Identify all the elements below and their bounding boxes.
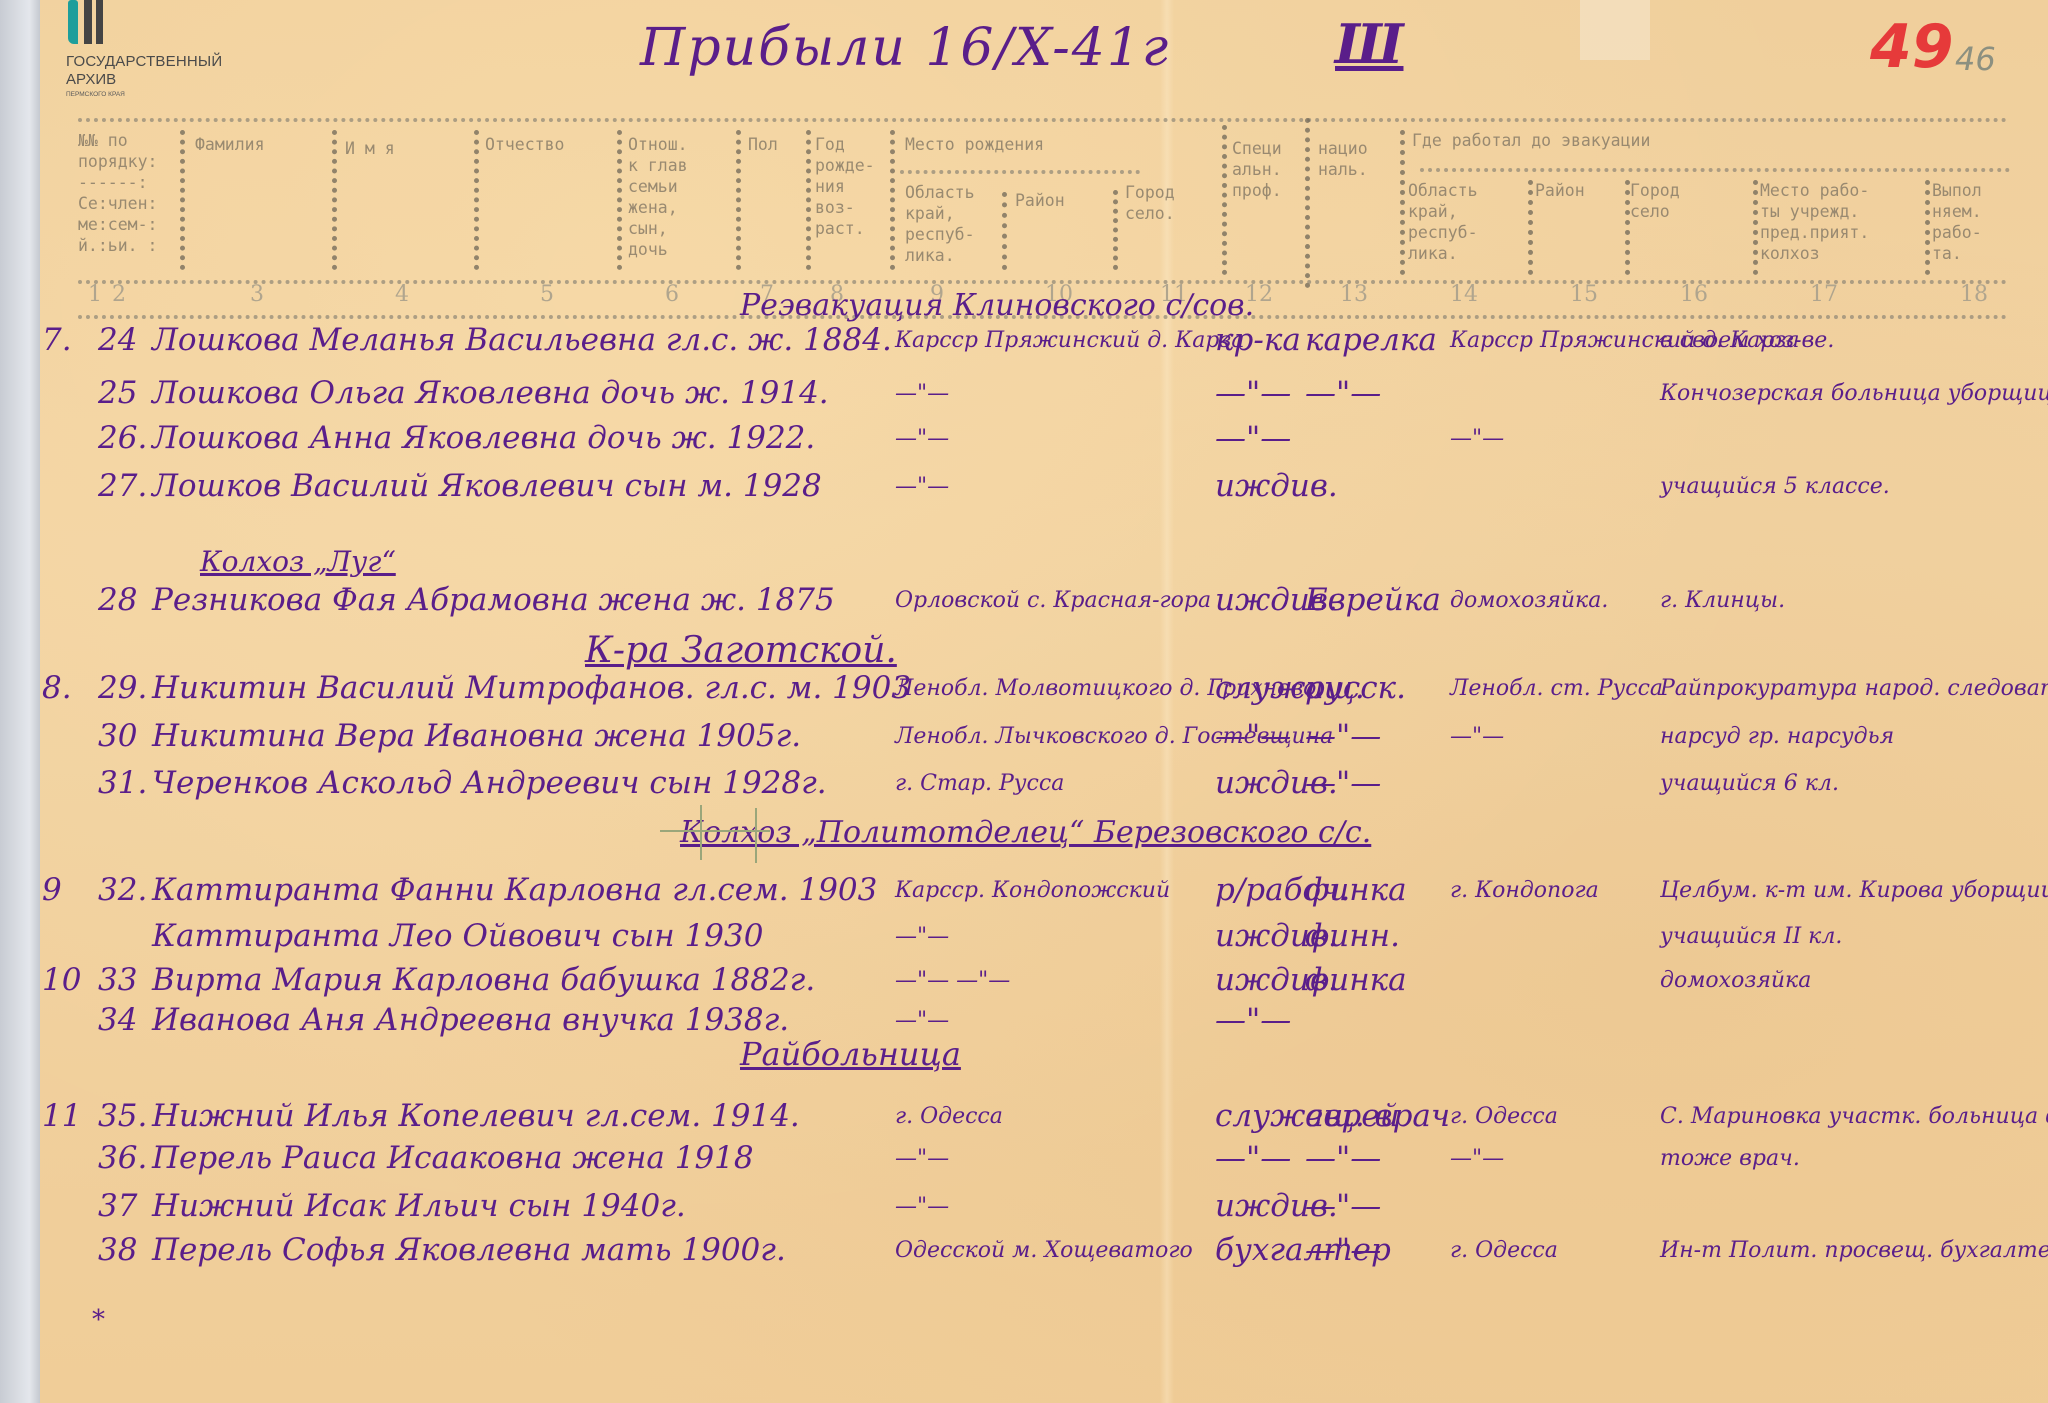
entry-person: Перель Софья Яковлевна мать 1900г. (152, 1232, 786, 1268)
col-header-3: Фамилия (195, 134, 265, 155)
birthplace: Орловской с. Красная-гора (895, 588, 1211, 613)
work-region: —"— (1450, 724, 1504, 749)
archive-name-line2: АРХИВ (66, 71, 116, 88)
col-separator (1625, 180, 1630, 275)
section-title: Колхоз „Луг“ (200, 545, 396, 578)
workplace: нарсуд гр. нарсудья (1660, 724, 1894, 749)
nationality: Еврейка (1305, 582, 1441, 618)
birthplace: Одесской м. Хощеватого (895, 1238, 1193, 1263)
nationality: финка (1305, 962, 1407, 998)
footer-mark: * (92, 1305, 105, 1335)
entry-number: 34 (98, 1002, 137, 1038)
column-number: 5 (540, 282, 554, 307)
entry-person: Каттиранта Фанни Карловна гл.сем. 1903 (152, 872, 877, 908)
work-region: г. Одесса (1450, 1238, 1558, 1263)
workplace: учащийся II кл. (1660, 924, 1842, 949)
column-number: 15 (1570, 282, 1598, 307)
column-number: 18 (1960, 282, 1988, 307)
family-number: 11 (42, 1098, 81, 1134)
col-separator (1305, 118, 1310, 288)
nationality: —"— (1305, 375, 1381, 411)
profession: кр-ка (1215, 322, 1301, 358)
work-region: —"— (1450, 1146, 1504, 1171)
entry-person: Каттиранта Лео Ойвович сын 1930 (152, 918, 763, 954)
profession: —"— (1215, 375, 1291, 411)
entry-person: Иванова Аня Андреевна внучка 1938г. (152, 1002, 789, 1038)
column-number: 3 (250, 282, 264, 307)
workplace: домохозяйка (1660, 968, 1811, 993)
col-separator (806, 130, 811, 270)
entry-person: Перель Раиса Исааковна жена 1918 (152, 1140, 754, 1176)
page-number-red: 49 (1870, 12, 1954, 82)
birthplace: г. Одесса (895, 1104, 1003, 1129)
archive-logo-icon (56, 0, 116, 46)
nationality: карелка (1305, 322, 1437, 358)
document-title: Прибыли 16/X-41г (640, 18, 1170, 78)
col-separator (1400, 130, 1405, 275)
profession: —"— (1215, 1140, 1291, 1176)
birthplace: —"— (895, 1008, 949, 1033)
workplace: С. Мариновка участк. больница врач. (1660, 1104, 2048, 1129)
scan-border (0, 0, 42, 1403)
birthplace: —"— (895, 1194, 949, 1219)
workplace: Целбум. к-т им. Кирова уборщица (1660, 878, 2048, 903)
entry-number: 24 (98, 322, 137, 358)
entry-number: 32. (98, 872, 147, 908)
pencil-strike (700, 805, 702, 860)
col-separator (736, 130, 741, 270)
pencil-strike (660, 830, 770, 832)
nationality: —"— (1305, 765, 1381, 801)
entry-number: 37 (98, 1188, 137, 1224)
entry-person: Лошкова Анна Яковлевна дочь ж. 1922. (152, 420, 815, 456)
col-header-14-group: Где работал до эвакуации (1412, 130, 1650, 151)
section-title: Реэвакуация Клиновского с/сов. (740, 288, 1254, 323)
entry-person: Резникова Фая Абрамовна жена ж. 1875 (152, 582, 835, 618)
col-header-11: Город село. (1125, 182, 1175, 224)
section-title: Колхоз „Политотделец“ Березовского с/с. (680, 815, 1371, 850)
entry-number: 33 (98, 962, 137, 998)
work-region: г. Одесса (1450, 1104, 1558, 1129)
birthplace: —"— (895, 924, 949, 949)
family-number: 7. (42, 322, 72, 358)
work-region: Ленобл. ст. Русса (1450, 676, 1663, 701)
work-region: домохозяйка. (1450, 588, 1608, 613)
col-separator (1113, 190, 1118, 270)
entry-person: Вирта Мария Карловна бабушка 1882г. (152, 962, 815, 998)
profession: —"— (1215, 718, 1291, 754)
column-number: 14 (1450, 282, 1478, 307)
entry-person: Черенков Аскольд Андреевич сын 1928г. (152, 765, 827, 801)
profession: иждив. (1215, 468, 1338, 504)
col-separator (1753, 180, 1758, 275)
tape-mark (1580, 0, 1650, 60)
archive-logo: ГОСУДАРСТВЕННЫЙ АРХИВ ПЕРМСКОГО КРАЯ (52, 0, 252, 110)
entry-number: 38 (98, 1232, 137, 1268)
entry-person: Лошков Василий Яковлевич сын м. 1928 (152, 468, 822, 504)
entry-person: Нижний Илья Копелевич гл.сем. 1914. (152, 1098, 800, 1134)
birthplace: —"— (895, 1146, 949, 1171)
col-header-7: Пол (748, 134, 778, 155)
nationality: —"— (1305, 1232, 1381, 1268)
col-header-17: Место рабо- ты учрежд. пред.прият. колхо… (1760, 180, 1869, 264)
column-number: 13 (1340, 282, 1368, 307)
col-separator (1528, 180, 1533, 275)
col-separator (617, 130, 622, 270)
section-title: К-ра Заготской. (585, 630, 897, 671)
nationality: еврей (1305, 1098, 1400, 1134)
col-separator (180, 130, 185, 270)
col-header-8: Год рожде- ния воз- раст. (815, 134, 875, 239)
archive-name-line1: ГОСУДАРСТВЕННЫЙ (66, 53, 222, 70)
birthplace: —"— (895, 426, 949, 451)
entry-person: Никитин Василий Митрофанов. гл.с. м. 190… (152, 670, 911, 706)
col-header-18: Выпол няем. рабо- та. (1932, 180, 1982, 264)
column-number: 16 (1680, 282, 1708, 307)
workplace: Ин-т Полит. просвещ. бухгалтер. (1660, 1238, 2048, 1263)
workplace: учащийся 6 кл. (1660, 771, 1839, 796)
section-title: Райбольница (740, 1035, 961, 1073)
birth-group-rule (900, 170, 1140, 174)
birthplace: —"— —"— (895, 968, 1010, 993)
col-header-10: Район (1015, 190, 1065, 211)
entry-number: 28 (98, 582, 137, 618)
profession: —"— (1215, 1002, 1291, 1038)
entry-person: Нижний Исак Ильич сын 1940г. (152, 1188, 686, 1224)
nationality: финка (1305, 872, 1407, 908)
work-region: г. Кондопога (1450, 878, 1599, 903)
column-number: 2 (112, 282, 126, 307)
entry-number: 36. (98, 1140, 147, 1176)
col-header-14: Область край, респуб- лика. (1408, 180, 1478, 264)
entry-number: 31. (98, 765, 147, 801)
nationality: —"— (1305, 1140, 1381, 1176)
header-rule-bottom (78, 280, 2008, 284)
workplace: г. Клинцы. (1660, 588, 1785, 613)
col-separator (1222, 125, 1227, 275)
col-separator (474, 130, 479, 270)
birthplace: г. Стар. Русса (895, 771, 1064, 796)
col-header-4: И м я (345, 138, 395, 159)
nationality: —"— (1305, 718, 1381, 754)
workplace: тоже врач. (1660, 1146, 1800, 1171)
col-header-1: №№ по порядку: ------: Се:член: ме:сем-:… (78, 130, 157, 256)
work-region: —"— (1450, 426, 1504, 451)
birthplace: Карсср Пряжинский д. Карза (895, 328, 1245, 353)
entry-number: 35. (98, 1098, 147, 1134)
nationality: —"— (1305, 1188, 1381, 1224)
col-header-13: нацио наль. (1318, 138, 1368, 180)
col-separator (890, 130, 895, 270)
entry-person: Никитина Вера Ивановна жена 1905г. (152, 718, 801, 754)
column-number: 17 (1810, 282, 1838, 307)
nationality: русск. (1305, 670, 1406, 706)
column-number: 1 (88, 282, 102, 307)
entry-number: 26. (98, 420, 147, 456)
col-header-15: Район (1535, 180, 1585, 201)
entry-number: 27. (98, 468, 147, 504)
col-header-16: Город село (1630, 180, 1680, 222)
pencil-strike (755, 808, 757, 863)
archive-name-line3: ПЕРМСКОГО КРАЯ (66, 91, 125, 98)
family-number: 8. (42, 670, 72, 706)
work-group-rule (1420, 168, 2010, 172)
workplace: Райпрокуратура народ. следователь (1660, 676, 2048, 701)
col-separator (1002, 192, 1007, 270)
nationality: финн. (1305, 918, 1400, 954)
entry-number: 30 (98, 718, 137, 754)
family-number: 9 (42, 872, 62, 908)
birthplace: —"— (895, 474, 949, 499)
birthplace: Карсср. Кондопожский (895, 878, 1170, 903)
entry-person: Лошкова Меланья Васильевна гл.с. ж. 1884… (152, 322, 892, 358)
header-rule-top (78, 118, 2008, 122)
birthplace: —"— (895, 381, 949, 406)
col-header-6: Отнош. к глав семьи жена, сын, дочь (628, 134, 688, 260)
workplace: в своем хоз-ве. (1660, 328, 1834, 353)
page-number-grey: 46 (1955, 40, 1996, 78)
column-number: 6 (665, 282, 679, 307)
entry-number: 25 (98, 375, 137, 411)
col-header-9-group: Место рождения (905, 134, 1044, 155)
col-header-9: Область край, респуб- лика. (905, 182, 975, 266)
entry-number: 29. (98, 670, 147, 706)
workplace: Кончозерская больница уборщица (1660, 381, 2048, 406)
fund-mark: Ш (1335, 12, 1403, 76)
workplace: учащийся 5 классе. (1660, 474, 1890, 499)
profession: —"— (1215, 420, 1291, 456)
col-separator (1925, 180, 1930, 275)
column-number: 4 (395, 282, 409, 307)
col-header-12: Специ альн. проф. (1232, 138, 1282, 201)
entry-person: Лошкова Ольга Яковлевна дочь ж. 1914. (152, 375, 829, 411)
family-number: 10 (42, 962, 81, 998)
col-separator (332, 130, 337, 270)
col-header-5: Отчество (485, 134, 564, 155)
